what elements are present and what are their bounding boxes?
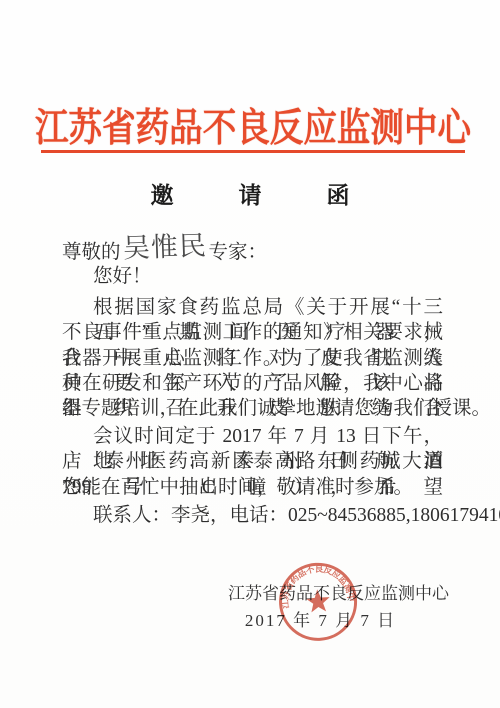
salutation-line: 尊敬的吴惟民专家： [62, 237, 443, 262]
contact-line: 联系人：李尧，电话：025~84536885,18061794109 [62, 503, 443, 528]
letter-body: 尊敬的吴惟民专家： 您好！ 根据国家食药监总局《关于开展“十三五”期间医疗器械 … [62, 237, 443, 528]
letterhead-divider [41, 150, 465, 153]
salutation-suffix: 专家： [209, 242, 268, 263]
paragraph1-line: 合器开展重点监测工作。为了使我省监测人员更深入了解该品 [62, 346, 443, 371]
recipient-name-handwritten: 吴惟民 [120, 233, 209, 261]
paragraph1-line: 种在研发和生产环节的产品风险，我中心将组织召开皮肤缝合 [62, 371, 443, 396]
document-title: 邀 请 函 [0, 177, 500, 210]
paragraph1-line: 器专题培训，在此我们诚挚地邀请您为我们授课。 [62, 396, 443, 421]
paragraph2-line: 店（泰州医药高新区泰高路东侧药城大道 799 号 C 幢），希望 [62, 449, 443, 474]
seal-star-icon [305, 589, 330, 613]
salutation-prefix: 尊敬的 [62, 242, 121, 263]
paragraph1-line: 根据国家食药监总局《关于开展“十三五”期间医疗器械 [62, 295, 443, 320]
official-seal: 江苏省药品不良反应监测中心 [265, 548, 372, 655]
scanned-letter-page: 江苏省药品不良反应监测中心 邀 请 函 尊敬的吴惟民专家： 您好！ 根据国家食药… [0, 0, 500, 708]
paragraph2-line: 会议时间定于 2017 年 7 月 13 日下午，地址：泰州日航酒 [62, 424, 443, 449]
paragraph2-line: 您能在百忙中抽出时间，敬请准时参加。 [62, 475, 443, 500]
paragraph1-line: 不良事件重点监测工作的通知》相关要求，我中心将对皮肤缝 [62, 320, 443, 345]
letterhead-title: 江苏省药品不良反应监测中心 [35, 97, 465, 153]
greeting-line: 您好！ [62, 264, 443, 289]
